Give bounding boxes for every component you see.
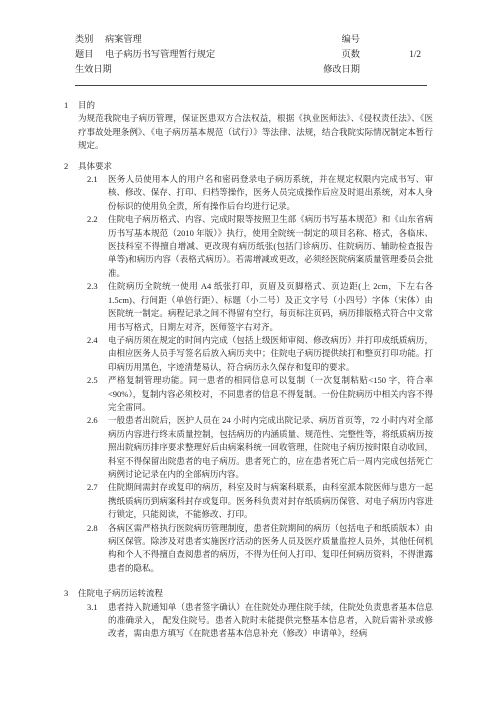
section-number: 1	[64, 99, 78, 112]
pages-label: 页数	[305, 47, 360, 62]
clause-text: 住院病历全院统一使用 A4 纸张打印，页眉及页脚格式、页边距(上 2cm，下左右…	[108, 280, 433, 334]
clause: 2.5 严格复制管理功能。同一患者的相同信息可以复制（一次复制粘贴<150 字，…	[87, 374, 433, 414]
clause-text: 一般患者出院后，医护人员在 24 小时内完成出院记录、病历首页等，72 小时内对…	[108, 414, 433, 481]
category-label: 类别	[75, 32, 105, 47]
clause: 2.2 住院电子病历格式、内容、完成时限等按照卫生部《病历书写基本规范》和《山东…	[87, 213, 433, 280]
pages-value: 1/2	[360, 47, 433, 62]
clause-text: 患者持入院通知单（患者签字确认）在住院处办理住院手续，住院处负责患者基本信息的准…	[108, 601, 433, 641]
section-number: 3	[64, 587, 78, 600]
clause-number: 2.5	[87, 374, 108, 414]
header-divider	[75, 85, 427, 86]
clause: 2.7 住院期间需封存或复印的病历，科室及时与病案科联系，由科室派本院医师与患方…	[87, 481, 433, 521]
clause: 2.3 住院病历全院统一使用 A4 纸张打印，页眉及页脚格式、页边距(上 2cm…	[87, 280, 433, 334]
document-header: 类别 病案管理 编号 题目 电子病历书写管理暂行规定 页数 1/2 生效日期 修…	[0, 32, 496, 77]
document-title: 电子病历书写管理暂行规定	[105, 47, 215, 62]
section-number: 2	[64, 160, 78, 173]
document-page: 类别 病案管理 编号 题目 电子病历书写管理暂行规定 页数 1/2 生效日期 修…	[0, 0, 496, 702]
effective-date-label: 生效日期	[75, 62, 112, 77]
section-purpose: 1 目的 为规范我院电子病历管理，保证医患双方合法权益，根据《执业医师法》、《侵…	[64, 99, 433, 153]
section-title: 具体要求	[78, 160, 433, 173]
clause-number: 2.4	[87, 334, 108, 374]
clause-text: 严格复制管理功能。同一患者的相同信息可以复制（一次复制粘贴<150 字，符合率<…	[108, 374, 433, 414]
clause: 2.1 医务人员使用本人的用户名和密码登录电子病历系统，并在规定权限内完成书写、…	[87, 173, 433, 213]
clause-number: 2.8	[87, 522, 108, 576]
section-paragraph: 为规范我院电子病历管理，保证医患双方合法权益，根据《执业医师法》、《侵权责任法》…	[78, 112, 433, 152]
clause-text: 医务人员使用本人的用户名和密码登录电子病历系统，并在规定权限内完成书写、审核、修…	[108, 173, 433, 213]
modified-date-value	[360, 62, 433, 77]
section-workflow: 3 住院电子病历运转流程 3.1 患者持入院通知单（患者签字确认）在住院处办理住…	[64, 587, 433, 641]
clause-text: 住院期间需封存或复印的病历，科室及时与病案科联系，由科室派本院医师与患方一起携纸…	[108, 481, 433, 521]
clause-text: 电子病历须在规定的时间内完成（包括上级医师审阅、修改病历）并打印成纸质病历，由相…	[108, 334, 433, 374]
clause: 2.6 一般患者出院后，医护人员在 24 小时内完成出院记录、病历首页等，72 …	[87, 414, 433, 481]
header-row-dates: 生效日期 修改日期	[0, 62, 496, 77]
header-row-title: 题目 电子病历书写管理暂行规定 页数 1/2	[0, 47, 496, 62]
clause-number: 2.3	[87, 280, 108, 334]
modified-date-label: 修改日期	[305, 62, 360, 77]
number-value	[360, 32, 433, 47]
clause-number: 2.2	[87, 213, 108, 280]
category-value: 病案管理	[105, 32, 142, 47]
clause: 2.4 电子病历须在规定的时间内完成（包括上级医师审阅、修改病历）并打印成纸质病…	[87, 334, 433, 374]
header-row-category: 类别 病案管理 编号	[0, 32, 496, 47]
clause-number: 2.6	[87, 414, 108, 481]
clause-text: 各病区需严格执行医院病历管理制度，患者住院期间的病历（包括电子和纸质版本）由病区…	[108, 522, 433, 576]
section-title: 住院电子病历运转流程	[78, 587, 433, 600]
clause-text: 住院电子病历格式、内容、完成时限等按照卫生部《病历书写基本规范》和《山东省病历书…	[108, 213, 433, 280]
section-title: 目的	[78, 99, 433, 112]
section-requirements: 2 具体要求 2.1 医务人员使用本人的用户名和密码登录电子病历系统，并在规定权…	[64, 160, 433, 576]
title-label: 题目	[75, 47, 105, 62]
number-label: 编号	[305, 32, 360, 47]
clause: 3.1 患者持入院通知单（患者签字确认）在住院处办理住院手续，住院处负责患者基本…	[87, 601, 433, 641]
document-body: 1 目的 为规范我院电子病历管理，保证医患双方合法权益，根据《执业医师法》、《侵…	[64, 99, 433, 641]
clause: 2.8 各病区需严格执行医院病历管理制度，患者住院期间的病历（包括电子和纸质版本…	[87, 522, 433, 576]
clause-number: 3.1	[87, 601, 108, 641]
clause-number: 2.7	[87, 481, 108, 521]
clause-number: 2.1	[87, 173, 108, 213]
